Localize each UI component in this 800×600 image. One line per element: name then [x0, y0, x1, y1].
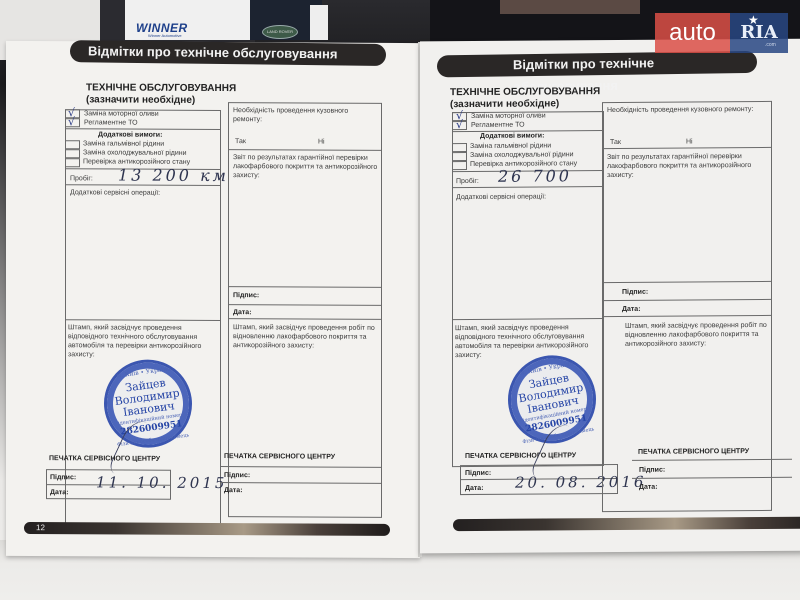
checklist-label: Регламентне ТО [471, 121, 525, 130]
section-title: ТЕХНІЧНЕ ОБСЛУГОВУВАННЯ (зазначити необх… [86, 82, 236, 107]
signature-label: Підпис: [639, 466, 665, 475]
section-subtitle: (зазначити необхідне) [86, 94, 236, 107]
service-center-seal-label: ПЕЧАТКА СЕРВІСНОГО ЦЕНТРУ [465, 451, 576, 461]
stamp-instructions: Штамп, який засвідчує проведення відпові… [68, 323, 220, 360]
checkbox-brake-fluid[interactable] [452, 143, 467, 152]
page-header: Відмітки про технічне обслуговування [437, 51, 757, 77]
watermark-ria-text: RIA [730, 13, 788, 53]
service-center-seal-label: ПЕЧАТКА СЕРВІСНОГО ЦЕНТРУ [224, 452, 335, 462]
signature-label: Підпис: [50, 473, 76, 482]
service-center-seal-label: ПЕЧАТКА СЕРВІСНОГО ЦЕНТРУ [49, 454, 160, 464]
land-rover-emblem-icon: LAND ROVER [262, 25, 298, 39]
background-paper-tab [310, 5, 328, 40]
watermark-domain: .com [765, 42, 776, 48]
checkbox-anticorrosion[interactable] [452, 161, 467, 170]
additional-requirements-title: Додаткові вимоги: [98, 130, 162, 139]
section-title-text: ТЕХНІЧНЕ ОБСЛУГОВУВАННЯ [86, 82, 236, 95]
no-option[interactable]: Ні [686, 137, 693, 146]
page-footer: 13 [453, 517, 800, 532]
yes-option[interactable]: Так [235, 137, 246, 146]
section-title-text: ТЕХНІЧНЕ ОБСЛУГОВУВАННЯ [450, 86, 600, 99]
signature-label: Підпис: [622, 288, 648, 297]
service-book-page-left: Відмітки про технічне обслуговування ТЕХ… [6, 41, 420, 558]
autoria-watermark: auto RIA ★ .com [655, 13, 788, 53]
mileage-label: Пробіг: [456, 177, 479, 186]
extra-operations-label: Додаткові сервісні операції: [70, 188, 160, 197]
checklist-label: Заміна гальмівної рідини [83, 139, 164, 148]
checklist-label: Регламентне ТО [84, 118, 138, 127]
date-value: 11. 10. 2015 [96, 473, 227, 492]
yes-option[interactable]: Так [610, 138, 621, 147]
checkmark-icon: √ [68, 117, 75, 126]
checkbox-coolant[interactable] [452, 152, 467, 161]
signature-label: Підпис: [224, 471, 250, 480]
checkbox-brake-fluid[interactable] [65, 140, 80, 149]
body-repair-label: Необхідність проведення кузовного ремонт… [233, 106, 378, 125]
checklist-label: Заміна моторної оливи [84, 109, 159, 118]
additional-requirements-title: Додаткові вимоги: [480, 131, 544, 140]
star-icon: ★ [748, 13, 759, 27]
signature-label: Підпис: [465, 469, 491, 478]
stamp-instructions: Штамп, який засвідчує проведення відпові… [455, 323, 605, 360]
page-footer: 12 [24, 522, 390, 536]
service-center-seal-label: ПЕЧАТКА СЕРВІСНОГО ЦЕНТРУ [638, 447, 749, 457]
warranty-report-label: Звіт по результатах гарантійної перевірк… [607, 152, 767, 180]
date-label: Дата: [622, 305, 641, 314]
warranty-report-label: Звіт по результатах гарантійної перевірк… [233, 153, 378, 181]
date-label: Дата: [465, 484, 484, 493]
checkbox-anticorrosion[interactable] [65, 158, 80, 167]
mileage-value: 13 200 км [118, 166, 229, 186]
mileage-label: Пробіг: [70, 174, 93, 183]
background-seat [500, 0, 640, 14]
body-repair-label: Необхідність проведення кузовного ремонт… [607, 105, 767, 115]
signature-label: Підпис: [233, 291, 259, 300]
date-label: Дата: [639, 483, 658, 492]
no-option[interactable]: Ні [318, 138, 325, 147]
section-title: ТЕХНІЧНЕ ОБСЛУГОВУВАННЯ (зазначити необх… [450, 86, 600, 111]
service-book-page-right: Відмітки про технічне обслуговування ТЕХ… [420, 39, 800, 554]
date-label: Дата: [50, 488, 69, 497]
paint-stamp-label: Штамп, який засвідчує проведення робіт п… [233, 323, 378, 351]
page-header: Відмітки про технічне обслуговування [70, 40, 386, 66]
watermark-auto-text: auto [655, 13, 730, 53]
date-label: Дата: [224, 486, 243, 495]
checklist-label: Заміна моторної оливи [471, 111, 546, 121]
paint-stamp-label: Штамп, який засвідчує проведення робіт п… [625, 321, 775, 349]
section-subtitle: (зазначити необхідне) [450, 98, 600, 111]
checkmark-icon: √ [456, 120, 463, 129]
date-label: Дата: [233, 308, 252, 317]
winner-logo-subtitle: Winner Automotive [148, 33, 182, 38]
extra-operations-label: Додаткові сервісні операції: [456, 192, 546, 202]
page-number: 12 [36, 523, 45, 532]
mileage-value: 26 700 [498, 166, 572, 186]
checkbox-coolant[interactable] [65, 149, 80, 158]
